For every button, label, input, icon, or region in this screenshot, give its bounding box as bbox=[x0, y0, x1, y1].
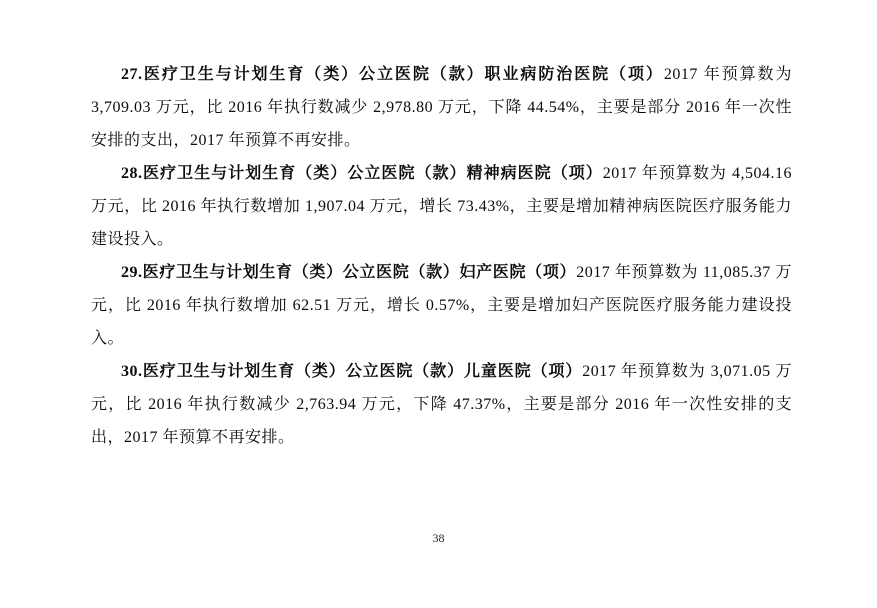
text-block: 27.医疗卫生与计划生育（类）公立医院（款）职业病防治医院（项）2017 年预算… bbox=[91, 58, 792, 454]
paragraph-28-heading: 28.医疗卫生与计划生育（类）公立医院（款）精神病医院（项） bbox=[121, 165, 603, 182]
paragraph-29: 29.医疗卫生与计划生育（类）公立医院（款）妇产医院（项）2017 年预算数为 … bbox=[91, 256, 792, 355]
paragraph-30: 30.医疗卫生与计划生育（类）公立医院（款）儿童医院（项）2017 年预算数为 … bbox=[91, 355, 792, 454]
paragraph-29-heading: 29.医疗卫生与计划生育（类）公立医院（款）妇产医院（项） bbox=[121, 264, 576, 281]
paragraph-27-heading: 27.医疗卫生与计划生育（类）公立医院（款）职业病防治医院（项） bbox=[121, 66, 664, 83]
page-number: 38 bbox=[0, 530, 877, 546]
paragraph-27: 27.医疗卫生与计划生育（类）公立医院（款）职业病防治医院（项）2017 年预算… bbox=[91, 58, 792, 157]
paragraph-28: 28.医疗卫生与计划生育（类）公立医院（款）精神病医院（项）2017 年预算数为… bbox=[91, 157, 792, 256]
paragraph-30-heading: 30.医疗卫生与计划生育（类）公立医院（款）儿童医院（项） bbox=[121, 363, 582, 380]
document-page: 27.医疗卫生与计划生育（类）公立医院（款）职业病防治医院（项）2017 年预算… bbox=[0, 0, 877, 608]
